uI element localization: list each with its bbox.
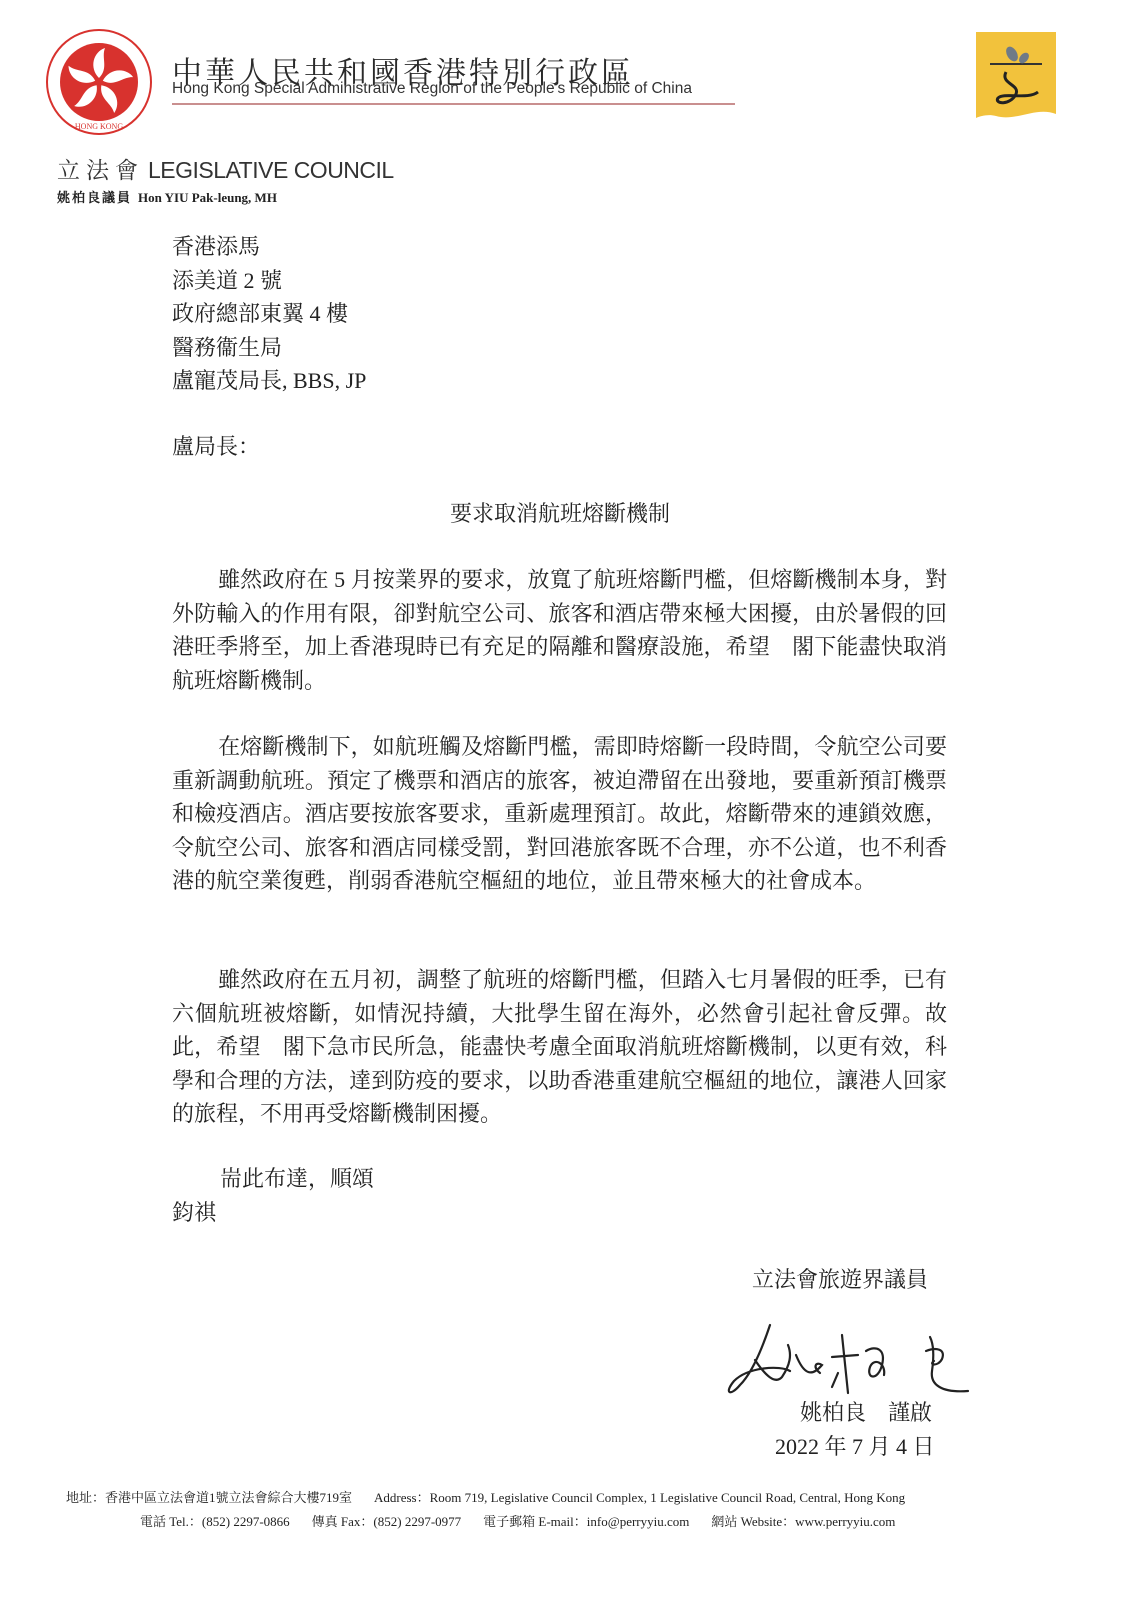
- address-line: 香港添馬: [172, 230, 366, 264]
- bauhinia-emblem-icon: HONG KONG: [45, 28, 153, 136]
- footer-address-chinese: 地址：香港中區立法會道1號立法會綜合大樓719室: [66, 1490, 352, 1505]
- hksar-title-english: Hong Kong Special Administrative Region …: [172, 80, 692, 98]
- closing: 耑此布達，順頌 鈞祺: [172, 1162, 374, 1230]
- closing-line: 耑此布達，順頌: [172, 1162, 374, 1196]
- footer-fax: 傳真 Fax：(852) 2297-0977: [312, 1514, 462, 1529]
- handwritten-signature-icon: [720, 1315, 985, 1405]
- letter-date: 2022 年 7 月 4 日: [775, 1430, 935, 1461]
- address-line: 添美道 2 號: [172, 264, 366, 298]
- recipient-address: 香港添馬 添美道 2 號 政府總部東翼 4 樓 醫務衞生局 盧寵茂局長, BBS…: [172, 230, 366, 398]
- salutation: 盧局長：: [172, 430, 260, 461]
- legco-name-chinese: 立法會: [57, 157, 144, 183]
- member-name-chinese: 姚柏良議員: [57, 190, 132, 205]
- address-line: 醫務衞生局: [172, 331, 366, 365]
- footer-contacts: 電話 Tel.：(852) 2297-0866傳真 Fax：(852) 2297…: [140, 1511, 895, 1530]
- paragraph-text: 在熔斷機制下，如航班觸及熔斷門檻，需即時熔斷一段時間，令航空公司要重新調動航班。…: [172, 734, 947, 893]
- footer-address: 地址：香港中區立法會道1號立法會綜合大樓719室Address：Room 719…: [66, 1487, 905, 1506]
- legco-name-english: LEGISLATIVE COUNCIL: [148, 157, 394, 183]
- hksar-emblem: HONG KONG: [45, 28, 153, 136]
- closing-line: 鈞祺: [172, 1196, 374, 1230]
- legco-logo-icon: [976, 32, 1056, 124]
- member-name-english: Hon YIU Pak-leung, MH: [138, 190, 277, 205]
- signature: [720, 1315, 985, 1405]
- paragraph-text: 雖然政府在五月初，調整了航班的熔斷門檻，但踏入七月暑假的旺季，已有六個航班被熔斷…: [172, 967, 947, 1126]
- body-paragraph: 雖然政府在五月初，調整了航班的熔斷門檻，但踏入七月暑假的旺季，已有六個航班被熔斷…: [172, 963, 947, 1131]
- body-paragraph: 在熔斷機制下，如航班觸及熔斷門檻，需即時熔斷一段時間，令航空公司要重新調動航班。…: [172, 730, 947, 898]
- footer-tel: 電話 Tel.：(852) 2297-0866: [140, 1514, 290, 1529]
- paragraph-text: 雖然政府在 5 月按業界的要求，放寬了航班熔斷門檻，但熔斷機制本身，對外防輸入的…: [172, 567, 947, 693]
- letter-subject: 要求取消航班熔斷機制: [0, 497, 1120, 528]
- footer-address-english: Address：Room 719, Legislative Council Co…: [374, 1490, 905, 1505]
- address-line: 盧寵茂局長, BBS, JP: [172, 364, 366, 398]
- svg-text:HONG KONG: HONG KONG: [75, 122, 123, 131]
- footer-website[interactable]: 網站 Website：www.perryyiu.com: [711, 1514, 895, 1529]
- header-divider: [172, 103, 735, 105]
- body-paragraph: 雖然政府在 5 月按業界的要求，放寬了航班熔斷門檻，但熔斷機制本身，對外防輸入的…: [172, 563, 947, 697]
- legco-name: 立法會LEGISLATIVE COUNCIL: [57, 152, 394, 185]
- address-line: 政府總部東翼 4 樓: [172, 297, 366, 331]
- signer-name: 姚柏良 謹啟: [800, 1396, 932, 1427]
- footer-email[interactable]: 電子郵箱 E-mail：info@perryyiu.com: [483, 1514, 689, 1529]
- legco-logo: [976, 32, 1056, 124]
- member-name: 姚柏良議員Hon YIU Pak-leung, MH: [57, 187, 277, 206]
- signer-title: 立法會旅遊界議員: [752, 1263, 928, 1294]
